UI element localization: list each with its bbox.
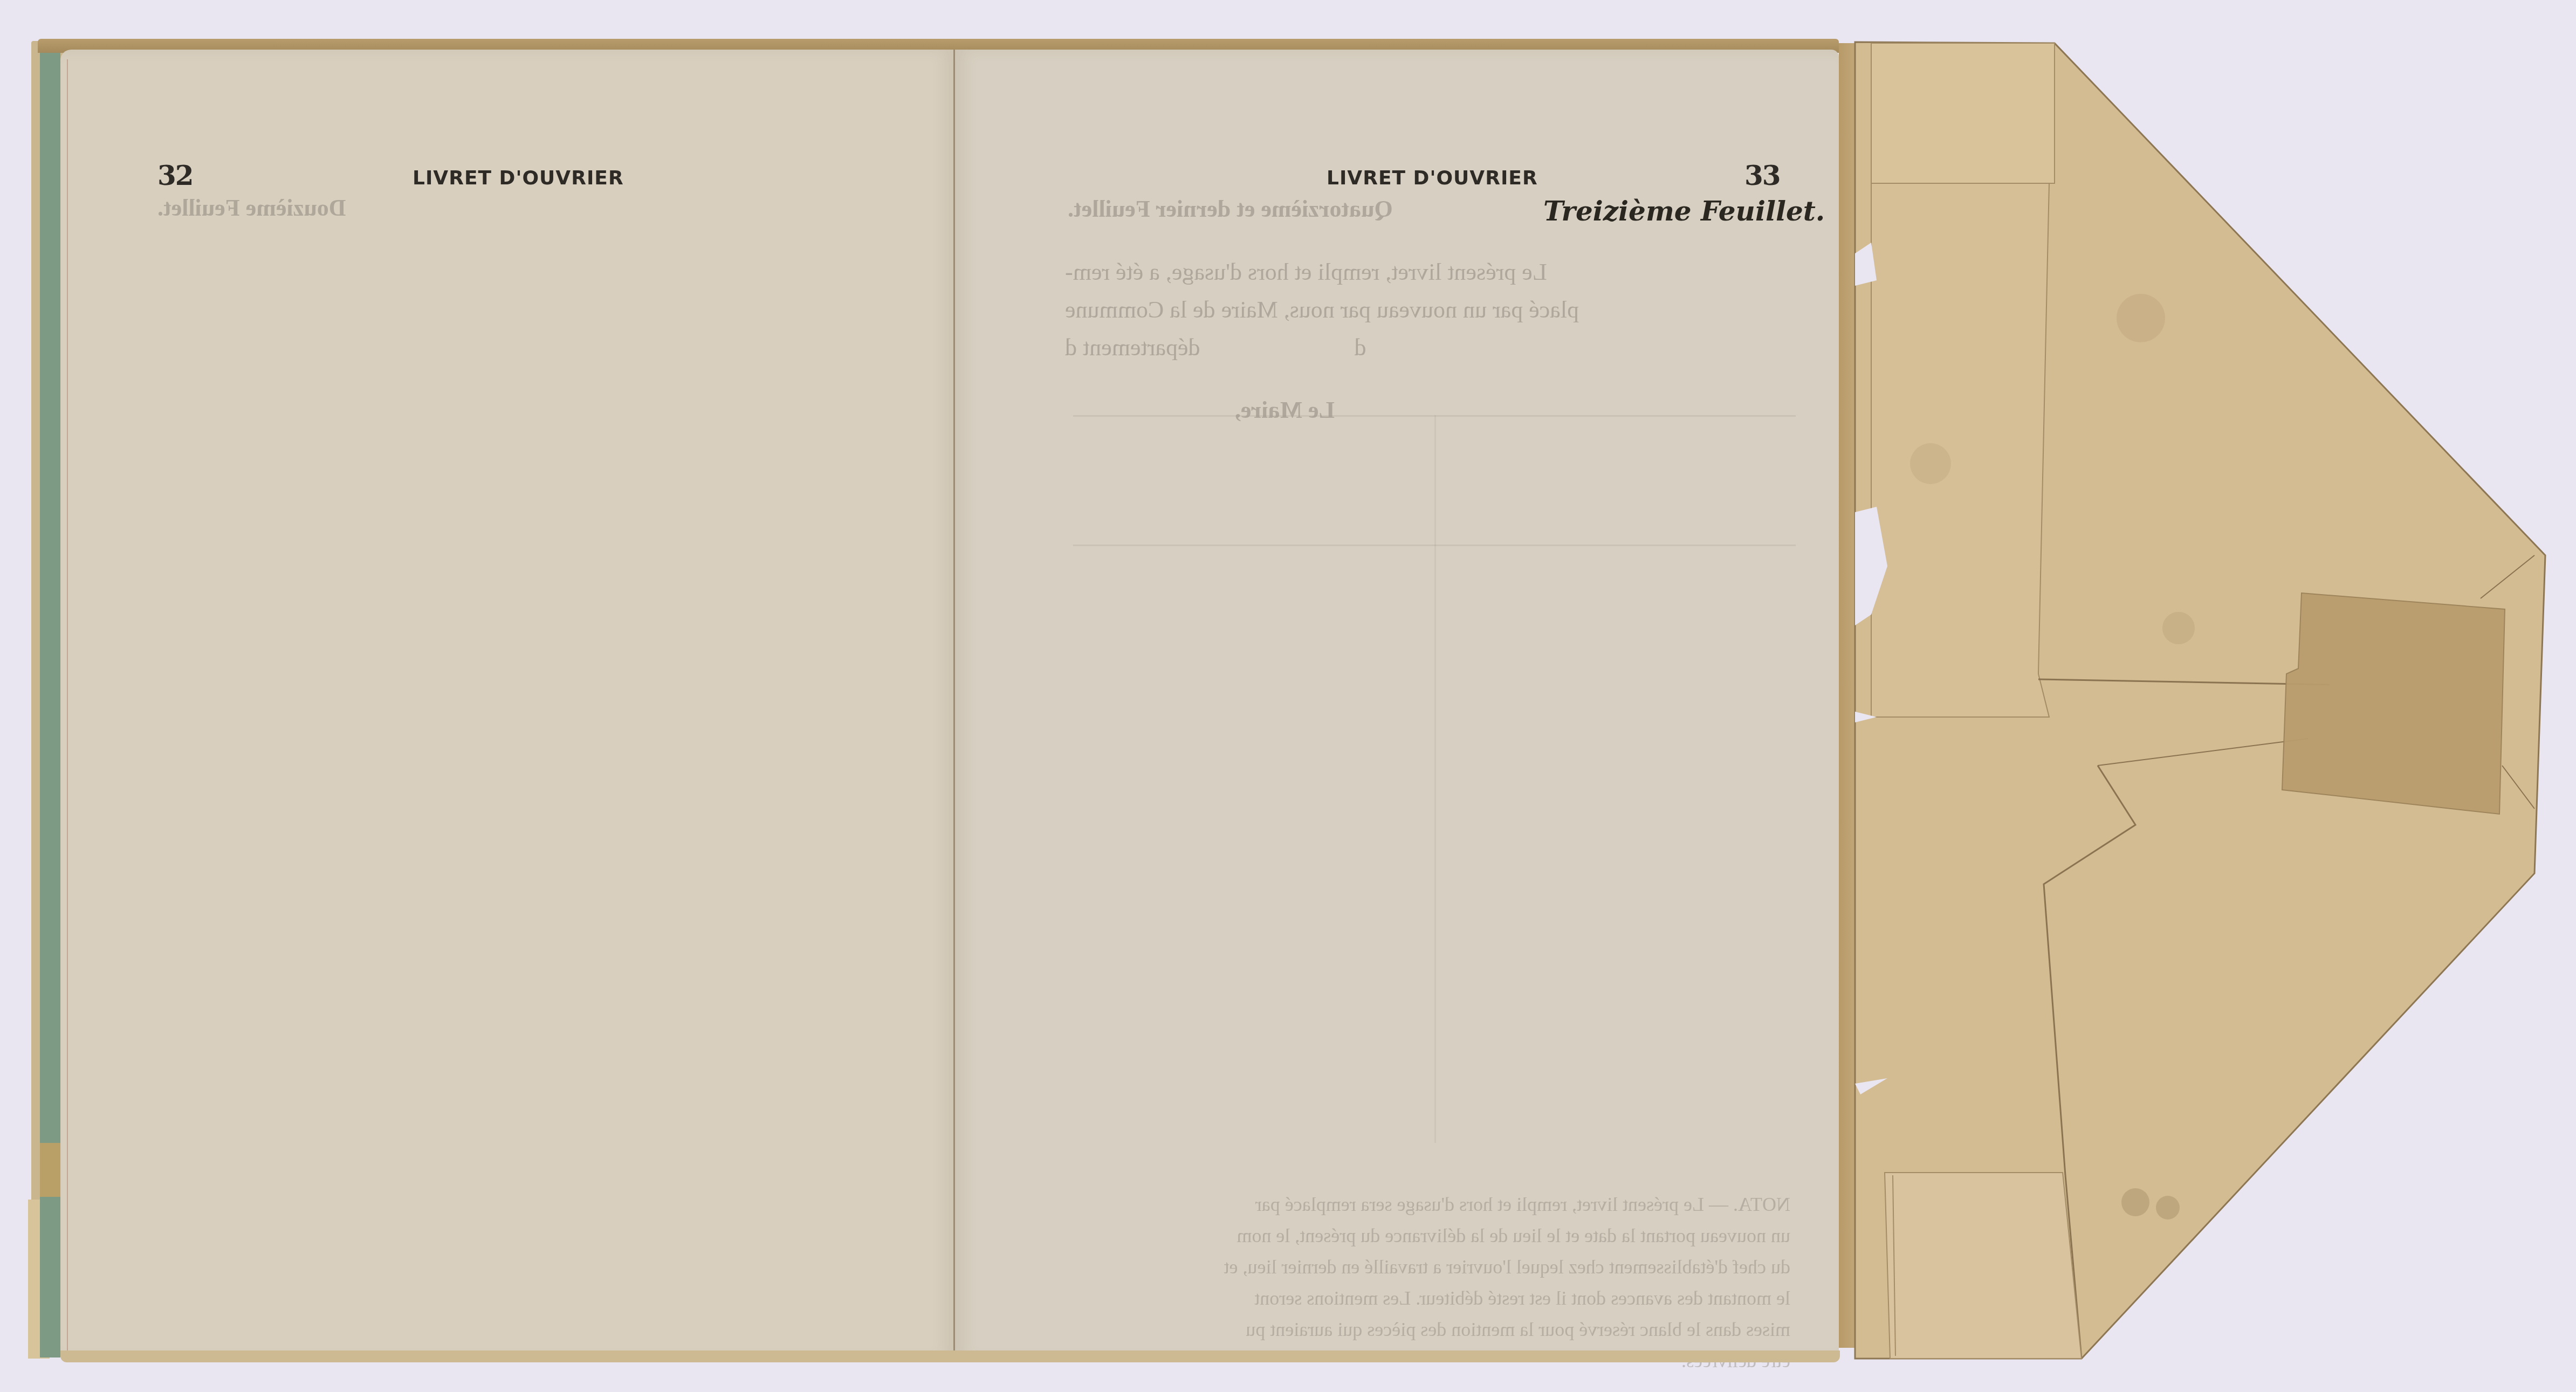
left-page-edge-rule [67,59,68,1353]
right-section-title: Treizième Feuillet. [1543,195,1825,227]
right-page [954,50,1839,1360]
bleed-nota-line: un nouveau portant la date et le lieu de… [1065,1220,1790,1251]
book-bottom-edge [60,1350,1840,1362]
bleed-nota-block: NOTA. — Le présent livret, rempli et hor… [1065,1189,1790,1376]
bleed-signature: Le Maire, [1235,396,1335,424]
left-running-head: LIVRET D'OUVRIER [413,167,624,189]
right-running-head: LIVRET D'OUVRIER [1327,167,1538,189]
wrapper-pocket [1885,1173,2082,1359]
right-page-number: 33 [1744,160,1780,191]
bleed-nota-line: NOTA. — Le présent livret, rempli et hor… [1065,1189,1790,1220]
folded-wrapper [1833,32,2576,1380]
bleed-paragraph-line: d département d [1065,329,1788,367]
bleed-paragraph-line: placé par un nouveau par nous, Maire de … [1065,291,1788,329]
gutter-fold [953,50,955,1360]
left-page [60,50,954,1360]
bleed-table-divider [1434,415,1436,1143]
binding-wear-patch [40,1143,60,1197]
bleed-paragraph-line: Le présent livret, rempli et hors d'usag… [1065,253,1788,291]
wrapper-inner-panel [1871,43,2055,183]
wrapper-left-panel [1871,183,2049,717]
tape-patch [2282,593,2505,814]
bleed-nota-line: du chef d'établissement chez lequel l'ou… [1065,1251,1790,1283]
right-bleed-section-title: Quatorzième et dernier Feuillet. [1068,195,1393,223]
bleed-paragraph: Le présent livret, rempli et hors d'usag… [1065,253,1788,367]
bleed-nota-line: le montant des avances dont il est resté… [1065,1283,1790,1314]
bleed-nota-line: mises dans le blanc réservé pour la ment… [1065,1314,1790,1345]
left-bleed-section-title: Douzième Feuillet. [157,194,346,222]
left-page-number: 32 [157,160,193,191]
